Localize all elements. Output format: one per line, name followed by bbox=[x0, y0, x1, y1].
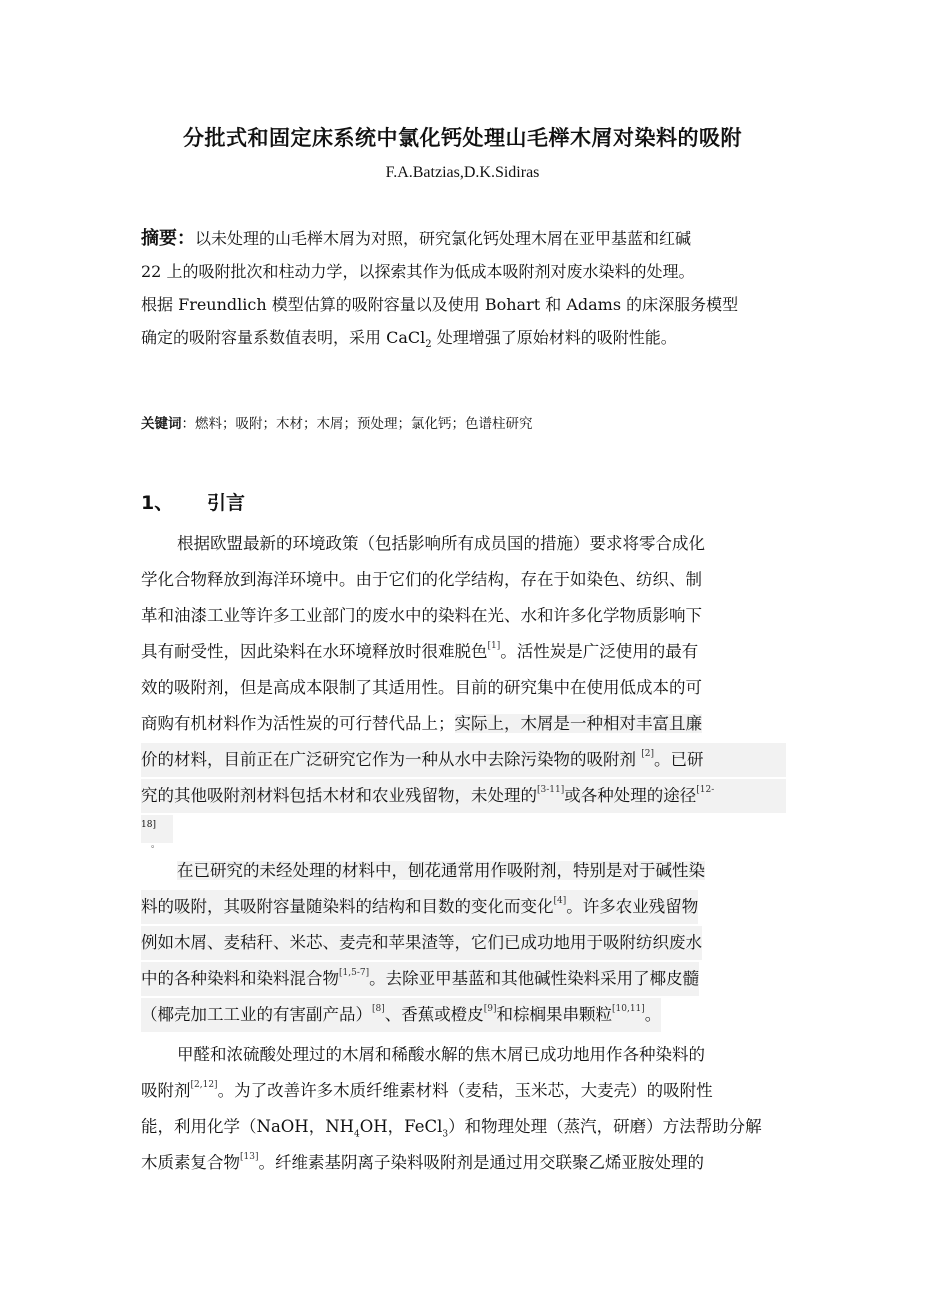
body-line: 料的吸附，其吸附容量随染料的结构和目数的变化而变化[4]。许多农业残留物 bbox=[141, 890, 698, 924]
body-line: 18]。 bbox=[141, 815, 173, 843]
document-page: 分批式和固定床系统中氯化钙处理山毛榉木屑对染料的吸附 F.A.Batzias,D… bbox=[0, 0, 925, 1309]
body-line: 例如木屑、麦秸秆、米芯、麦壳和苹果渣等，它们已成功地用于吸附纺织废水 bbox=[141, 926, 702, 960]
citation: [2] bbox=[641, 749, 654, 759]
citation: [3-11] bbox=[537, 785, 564, 795]
body-line: 价的材料，目前正在广泛研究它作为一种从水中去除污染物的吸附剂 [2]。已研 bbox=[141, 743, 786, 777]
body-line: （椰壳加工工业的有害副产品）[8]、香蕉或橙皮[9]和棕榈果串颗粒[10,11]… bbox=[141, 998, 661, 1032]
body-line: 究的其他吸附剂材料包括木材和农业残留物，未处理的[3-11]或各种处理的途径[1… bbox=[141, 779, 786, 813]
citation: [10,11] bbox=[612, 1004, 645, 1014]
body-line: 能，利用化学（NaOH，NH4OH，FeCl3）和物理处理（蒸汽，研磨）方法帮助… bbox=[141, 1110, 762, 1144]
body-line: 吸附剂[2,12]。为了改善许多木质纤维素材料（麦秸，玉米芯，大麦壳）的吸附性 bbox=[141, 1074, 713, 1108]
citation: [12- bbox=[696, 785, 714, 795]
body-line: 甲醛和浓硫酸处理过的木屑和稀酸水解的焦木屑已成功地用作各种染料的 bbox=[141, 1038, 705, 1072]
abstract-line: 根据 Freundlich 模型估算的吸附容量以及使用 Bohart 和 Ada… bbox=[141, 288, 786, 321]
body-line: 学化合物释放到海洋环境中。由于它们的化学结构，存在于如染色、纺织、制 bbox=[141, 563, 702, 597]
citation: [1] bbox=[488, 641, 501, 651]
abstract-label: 摘要： bbox=[141, 228, 195, 249]
citation: [1,5-7] bbox=[339, 968, 369, 978]
keywords: 关键词：燃料；吸附；木材；木屑；预处理；氯化钙；色谱柱研究 bbox=[141, 412, 533, 432]
body-line: 木质素复合物[13]。纤维素基阴离子染料吸附剂是通过用交联聚乙烯亚胺处理的 bbox=[141, 1146, 704, 1180]
section-heading: 1、引言 bbox=[141, 488, 245, 515]
abstract: 摘要：以未处理的山毛榉木屑为对照，研究氯化钙处理木屑在亚甲基蓝和红碱 22 上的… bbox=[141, 222, 786, 361]
body-line: 在已研究的未经处理的材料中，刨花通常用作吸附剂，特别是对于碱性染 bbox=[141, 854, 705, 888]
body-line: 中的各种染料和染料混合物[1,5-7]。去除亚甲基蓝和其他碱性染料采用了椰皮髓 bbox=[141, 962, 699, 996]
body-line: 具有耐受性，因此染料在水环境释放时很难脱色[1]。活性炭是广泛使用的最有 bbox=[141, 635, 698, 669]
abstract-line: 22 上的吸附批次和柱动力学，以探索其作为低成本吸附剂对废水染料的处理。 bbox=[141, 255, 786, 288]
body-line: 根据欧盟最新的环境政策（包括影响所有成员国的措施）要求将零合成化 bbox=[141, 527, 705, 561]
citation: [13] bbox=[240, 1152, 258, 1162]
citation: [4] bbox=[554, 896, 567, 906]
citation: [2,12] bbox=[191, 1080, 218, 1090]
paper-authors: F.A.Batzias,D.K.Sidiras bbox=[0, 164, 925, 182]
keywords-label: 关键词 bbox=[141, 416, 182, 432]
citation: [8] bbox=[372, 1004, 385, 1014]
body-line: 商购有机材料作为活性炭的可行替代品上；实际上，木屑是一种相对丰富且廉 bbox=[141, 707, 702, 741]
abstract-line: 摘要：以未处理的山毛榉木屑为对照，研究氯化钙处理木屑在亚甲基蓝和红碱 bbox=[141, 222, 786, 255]
citation: [9] bbox=[484, 1004, 497, 1014]
abstract-line: 确定的吸附容量系数值表明，采用 CaCl2 处理增强了原始材料的吸附性能。 bbox=[141, 321, 786, 361]
body-line: 效的吸附剂，但是高成本限制了其适用性。目前的研究集中在使用低成本的可 bbox=[141, 671, 702, 705]
keywords-text: 燃料；吸附；木材；木屑；预处理；氯化钙；色谱柱研究 bbox=[195, 416, 533, 432]
section-number: 1、 bbox=[141, 488, 207, 515]
body-line: 革和油漆工业等许多工业部门的废水中的染料在光、水和许多化学物质影响下 bbox=[141, 599, 702, 633]
section-title: 引言 bbox=[207, 492, 245, 514]
paper-title: 分批式和固定床系统中氯化钙处理山毛榉木屑对染料的吸附 bbox=[0, 122, 925, 152]
